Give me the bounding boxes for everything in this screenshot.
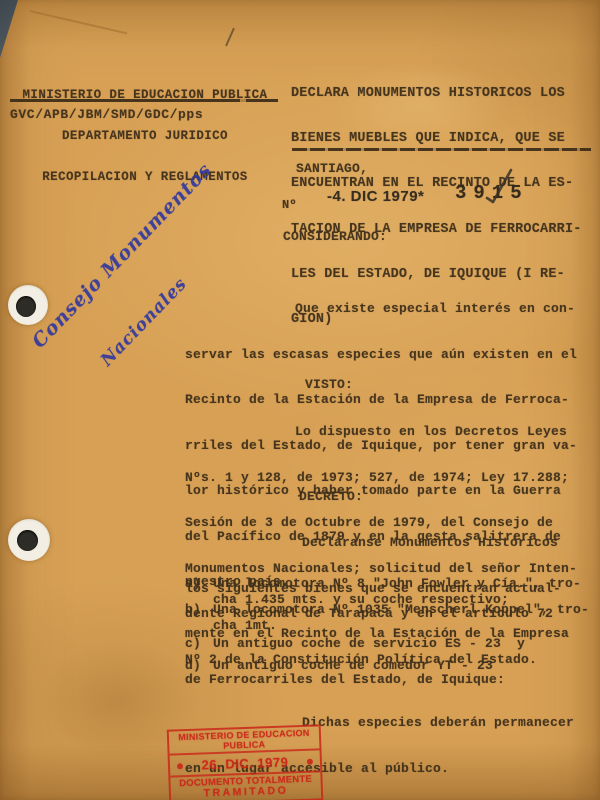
decree-item-c: c) Un antiguo coche de servicio ES - 23 … xyxy=(185,636,525,652)
item-marker: c) xyxy=(185,636,213,652)
body-line: servar las escasas especies que aún exis… xyxy=(185,347,593,363)
tramitado-stamp: MINISTERIO DE EDUCACION PUBLICA 26. DIC.… xyxy=(167,724,324,800)
stamp-dot-icon xyxy=(177,763,183,769)
visto-heading: VISTO: xyxy=(305,377,353,392)
item-marker: b) xyxy=(185,602,213,633)
letterhead-underline xyxy=(10,99,278,102)
body-line: Lo dispuesto en los Decretos Leyes xyxy=(185,424,593,440)
number-label: Nº xyxy=(282,198,297,212)
scan-corner-shadow xyxy=(0,0,18,58)
item-line: Un antiguo coche de servicio ES - 23 y xyxy=(213,636,525,652)
item-line: cha 1mt. xyxy=(213,618,589,634)
paper-crease-line xyxy=(30,10,128,34)
considerando-heading: CONSIDERANDO: xyxy=(283,229,387,244)
subject-line: BIENES MUEBLES QUE INDICA, QUE SE xyxy=(291,131,596,146)
reference-initials: GVC/APB/JBM/SMD/GDC/pps xyxy=(10,107,203,122)
hole-punch-bottom-hole xyxy=(17,530,38,551)
decreto-heading: DECRETO: xyxy=(299,489,363,504)
stamp-dot-icon xyxy=(307,758,313,764)
item-line: Una locomotora Nº 1035 "Menscherl Koppel… xyxy=(213,602,589,618)
decree-item-d: d) Un antiguo coche de comedor YT - 23 xyxy=(185,658,493,674)
subject-line: DECLARA MONUMENTOS HISTORICOS LOS xyxy=(291,86,596,101)
item-line: Una locomotora Nº 8 "John Fowler y Cía."… xyxy=(213,576,581,592)
stamp-status-section: DOCUMENTO TOTALMENTE TRAMITADO xyxy=(170,770,321,800)
subject-underline xyxy=(292,148,591,151)
received-date-stamp: -4. DIC 1979* xyxy=(327,188,424,205)
body-line: Nºs. 1 y 128, de 1973; 527, de 1974; Ley… xyxy=(185,470,593,486)
body-line: Que existe especial interés en con- xyxy=(185,301,593,317)
item-line: Un antiguo coche de comedor YT - 23 xyxy=(213,658,493,674)
department-name: DEPARTAMENTO JURIDICO xyxy=(10,130,280,143)
pencil-mark xyxy=(225,27,235,46)
decree-item-b: b) Una locomotora Nº 1035 "Menscherl Kop… xyxy=(185,602,589,633)
item-marker: d) xyxy=(185,658,213,674)
scanned-decree-document: MINISTERIO DE EDUCACION PUBLICA DEPARTAM… xyxy=(0,0,600,800)
stamp-date: 26. DIC. 1979 xyxy=(201,754,288,772)
checkmark-icon xyxy=(482,166,516,208)
body-line: Decláranse Monumentos Históricos xyxy=(185,535,593,551)
city-label: SANTIAGO, xyxy=(296,161,368,176)
